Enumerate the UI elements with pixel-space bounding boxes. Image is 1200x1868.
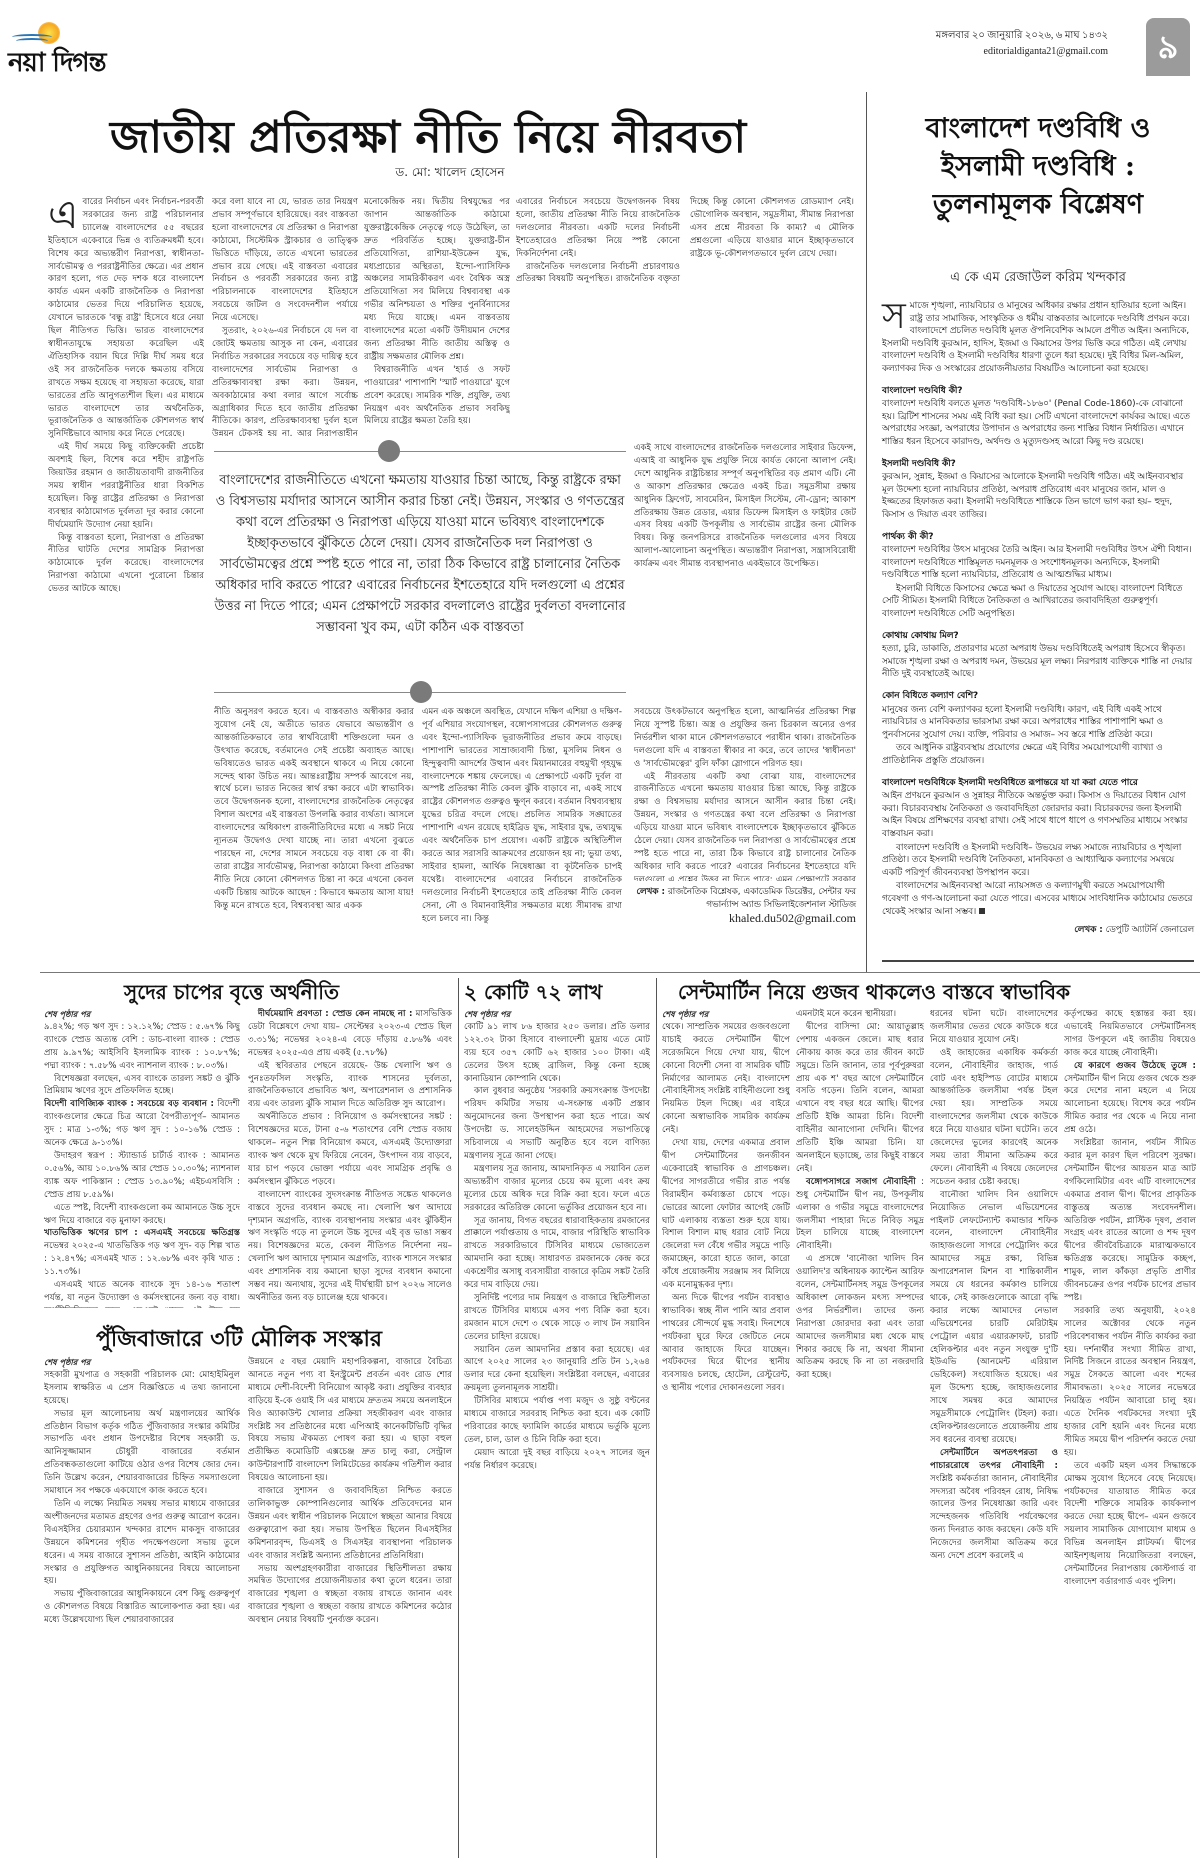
saint-martin-headline[interactable]: সেন্টমার্টিন নিয়ে গুজব থাকলেও বাস্তবে স… [678,978,1070,1011]
paragraph: কর্তৃপক্ষের কাছে হস্তান্তর করা হয়। এভাব… [1064,1008,1196,1060]
section-heading: ইসলামী দণ্ডবিধি কী? [882,458,1194,471]
lead-lower-column-2: এমন এক অঞ্চলে অবস্থিত, যেখানে দক্ষিণ এশি… [422,706,622,951]
section-heading: বাংলাদেশ দণ্ডবিধি কী? [882,385,1194,398]
subheading: বঙ্গোপসাগরে সজাগ নৌবাহিনী [806,1177,916,1187]
paragraph: আইন প্রণয়নে কুরআন ও সুন্নাহর নীতিকে অন্… [882,790,1194,840]
subheading: যে কারণে গুজব উঠেছে তুঙ্গে : [1074,1061,1196,1071]
section-heading: কোথায় কোথায় মিল? [882,630,1194,643]
paragraph: তবে একটি মহল এসব সিদ্ধান্তকে মোক্ষম সুযো… [1064,1460,1196,1589]
lead-column-4b: একই সাথে বাংলাদেশের রাজনৈতিক দলগুলোর সাই… [634,442,856,707]
column-divider [656,978,657,1858]
side-author-note: লেখক : ডেপুটি অ্যাটর্নি জেনারেল [882,924,1194,937]
paragraph: এসএমই খাতে অনেক ব্যাংকে সুদ ১৪-১৬ শতাংশ … [44,1279,240,1308]
paragraph: থেকে। সাম্প্রতিক সময়ের গুজবগুলো যাচাই ক… [662,1021,790,1137]
lead-lower-column-3: সবচেয়ে উৎকটভাবে অনুপস্থিত হলো, আত্মনির্… [634,706,856,881]
paragraph: ওই জাহাজের একাধিক কর্মকর্তা বলেন, নৌবাহি… [930,1047,1058,1189]
paragraph: ইসলামী বিধিতে কিসাসের ক্ষেত্রে ক্ষমা ও দ… [882,583,1194,621]
dropcap: এ [48,198,78,232]
section-divider [40,972,1200,973]
section-heading: কোন বিধিতে কল্যাণ বেশি? [882,690,1194,703]
author-description: রাজনৈতিক বিশ্লেষক, একাডেমিক ডিরেক্টর, সে… [668,887,856,910]
paragraph: বাংলাদেশের আইনব্যবস্থা আরো ন্যায়সঙ্গত ও… [882,881,1192,916]
side-body: সমাজে শৃঙ্খলা, ন্যায়বিচার ও মানুষের অধি… [882,300,1194,938]
paragraph: এতে স্পষ্ট, বিদেশী ব্যাংকগুলো কম আমানতে … [44,1202,240,1228]
continued-label: শেষ পৃষ্ঠার পর [662,1008,790,1021]
interest-column-2: দীর্ঘমেয়াদি প্রবণতা : স্প্রেড কেন নামছে… [248,1008,452,1308]
paragraph: অন্য দিকে দ্বীপের পর্যটন ব্যবস্থাও স্বাভ… [662,1292,790,1395]
paragraph: মনোকেন্দ্রিক নয়। দ্বিতীয় বিশ্বযুদ্ধের … [364,196,510,364]
masthead-meta: মঙ্গলবার ২০ জানুয়ারি ২০২৬, ৬ মাঘ ১৪৩২ e… [936,28,1108,60]
column-divider [866,92,867,972]
paragraph: সবচেয়ে উৎকটভাবে অনুপস্থিত হলো, আত্মনির্… [634,706,856,771]
lead-lower-column-1: নীতি অনুসরণ করতে হবে। এ বাস্তবতাও অস্বীক… [214,706,414,951]
paragraph: সয়াবিন তেল আমদানির প্রস্তাব করা হয়েছে।… [464,1344,650,1396]
paragraph: সুনির্দিষ্ট পণ্যের দাম নিয়ন্ত্রণ ও বাজা… [464,1292,650,1344]
subheading: খাতভিত্তিক ঋণের চাপ : এসএমই সবচেয়ে ক্ষত… [44,1228,240,1238]
capital-market-headline[interactable]: পুঁজিবাজারে ৩টি মৌলিক সংস্কার [96,1322,382,1359]
paragraph: দেখা যায়, দেশের একমাত্র প্রবাল দ্বীপ সে… [662,1137,790,1292]
paragraph: এ প্রসঙ্গে 'বানৌজা খালিদ বিন ওয়ালিদ'র অ… [796,1253,924,1382]
paragraph: বাংলাদেশ দণ্ডবিধি বলতে মূলত 'দণ্ডবিধি-১৮… [882,398,1194,448]
headline-line: বাংলাদেশ দণ্ডবিধি ও [882,110,1194,148]
logo-text: নয়া দিগন্ত [8,42,105,86]
paragraph: সভায় পুঁজিবাজারের আধুনিকায়নে বেশ কিছু … [44,1588,240,1627]
paragraph: বাংলাদেশ দণ্ডবিধির উৎস মানুষের তৈরি আইন।… [882,544,1194,582]
side-byline: এ কে এম রেজাউল করিম খন্দকার [882,268,1194,289]
paragraph: সুতরাং, ২০২৬-এর নির্বাচনে যে দল বা জোটই … [212,325,358,436]
paragraph: সহকারী মুখপাত্র ও সহকারী পরিচালক মো: মোহ… [44,1369,240,1408]
oil-column: শেষ পৃষ্ঠার পর কোটি ৯১ লাখ ৮৬ হাজার ২৫০ … [464,1008,650,1863]
lead-column-2: করে বলা যাবে না যে, ভারত তার নিয়ন্ত্রণ … [212,196,358,436]
paragraph: সরকারি তথ্য অনুযায়ী, ২০২৪ সালের অক্টোবর… [1064,1305,1196,1460]
paragraph: মানুষের জন্য বেশি কল্যাণকর হলো ইসলামী দণ… [882,704,1194,742]
author-email[interactable]: khaled.du502@gmail.com [634,912,856,925]
paragraph: মন্ত্রণালয় সূত্র জানায়, আমদানিকৃত এ সয… [464,1163,650,1215]
section-heading: পার্থক্য কী কী? [882,531,1194,544]
pullquote-dot-icon [378,440,400,462]
headline-line: তুলনামূলক বিশ্লেষণ [882,186,1194,224]
masthead: নয়া দিগন্ত মঙ্গলবার ২০ জানুয়ারি ২০২৬, … [0,0,1200,80]
paragraph: উদাহরণ স্বরূপ : স্ট্যান্ডার্ড চার্টার্ড … [44,1150,240,1202]
paragraph: সংশ্লিষ্ট কর্মকর্তারা জানান, নৌবাহিনীর স… [930,1474,1058,1561]
paragraph: সভার মূল আলোচনায় অর্থ মন্ত্রণালয়ের আর্… [44,1408,240,1498]
paragraph: বাংলাদেশ দণ্ডবিধি ও ইসলামী দণ্ডবিধি– উভয… [882,842,1194,880]
paragraph: তবে আধুনিক রাষ্ট্রব্যবস্থায় প্রয়োগের ক… [882,742,1194,767]
lead-column-3: মনোকেন্দ্রিক নয়। দ্বিতীয় বিশ্বযুদ্ধের … [364,196,510,436]
paragraph: হত্যা, চুরি, ডাকাতি, প্রতারণার মতো অপরাধ… [882,643,1194,681]
paragraph: একই সাথে বাংলাদেশের রাজনৈতিক দলগুলোর সাই… [634,442,856,571]
paragraph: সেন্টমার্টিন দ্বীপ নিয়ে গুজব থেকে শুরু … [1064,1074,1196,1136]
paragraph: বাজারে সুশাসন ও জবাবদিহিতা নিশ্চিত করতে … [248,1485,452,1562]
paragraph: ধরনের ঘটনা ঘটে। বাংলাদেশের জলসীমার ভেতর … [930,1008,1058,1047]
author-label: লেখক : [636,887,665,897]
paragraph: তিনি এ লক্ষ্যে নিয়মিত সমন্বয় সভার মাধ্… [44,1498,240,1588]
paragraph: কিন্তু বাস্তবতা হলো, নিরাপত্তা ও প্রতিরক… [48,532,204,597]
subheading: দীর্ঘমেয়াদি প্রবণতা : স্প্রেড কেন নামছে… [258,1009,412,1019]
subheading: বিদেশী বাণিজ্যিক ব্যাংক : সবচেয়ে বড় ব্… [44,1099,214,1109]
author-label: লেখক : [1074,925,1103,935]
paragraph: বানৌজা খালিদ বিন ওয়ালিদে নিয়োজিত নেভাল… [930,1189,1058,1447]
lead-byline: ড. মো: খালেদ হোসেন [240,164,660,184]
paragraph: কুরআন, সুন্নাহ, ইজমা ও কিয়াসের আলোকে ইস… [882,471,1194,521]
saint-martin-column-4: কর্তৃপক্ষের কাছে হস্তান্তর করা হয়। এভাব… [1064,1008,1196,1863]
lead-author-note: লেখক : রাজনৈতিক বিশ্লেষক, একাডেমিক ডিরেক… [634,886,856,925]
paragraph: বিশেষজ্ঞরা বলছেন, এসব ব্যাংকে তারল্য সঙ্… [44,1073,240,1099]
author-description: ডেপুটি অ্যাটর্নি জেনারেল [1106,925,1194,935]
dropcap: স [882,302,906,332]
column-divider [458,978,459,1858]
interest-headline[interactable]: সুদের চাপের বৃত্তে অর্থনীতি [124,978,339,1011]
side-headline[interactable]: বাংলাদেশ দণ্ডবিধি ও ইসলামী দণ্ডবিধি : তু… [882,110,1194,224]
paragraph: এবারের নির্বাচনে সবচেয়ে উদ্বেগজনক বিষয়… [516,196,680,261]
paragraph: নভেম্বর ২০২৫-এ খাতভিত্তিক গড় ঋণ সুদ- বড… [44,1241,240,1277]
date-line: মঙ্গলবার ২০ জানুয়ারি ২০২৬, ৬ মাঘ ১৪৩২ [936,28,1108,44]
continued-label: শেষ পৃষ্ঠার পর [464,1008,650,1021]
paragraph: : শুধু সেন্টমার্টিন দ্বীপ নয়, উপকূলীয় … [796,1177,924,1252]
editorial-email[interactable]: editorialdiganta21@gmail.com [936,44,1108,60]
paragraph: এই স্থবিরতার পেছনে রয়েছে- উচ্চ খেলাপি ঋ… [248,1060,452,1112]
pullquote-dot-icon [410,681,432,703]
paragraph: সূত্র জানায়, বিগত বছরের ধারাবাহিকতায় র… [464,1215,650,1292]
pullquote-rule-top [214,451,626,452]
interest-column-1: শেষ পৃষ্ঠার পর ৯.৪২%; গড় ঋণ সুদ : ১২.১২… [44,1008,240,1308]
paragraph: মেয়াদ আরো দুই বছর বাড়িয়ে ২০২৭ সালের জ… [464,1447,650,1473]
paragraph: ৯.৪২%; গড় ঋণ সুদ : ১২.১২%; স্প্রেড : ৫.… [44,1021,240,1073]
saint-martin-column-2: এমনটাই মনে করেন স্থানীয়রা। দ্বীপের বাসি… [796,1008,924,1863]
paragraph: সভায় অংশগ্রহণকারীরা বাজারের স্থিতিশীলতা… [248,1563,452,1628]
lead-column-4a: এবারের নির্বাচনে সবচেয়ে উদ্বেগজনক বিষয়… [516,196,854,436]
paragraph: নীতি অনুসরণ করতে হবে। এ বাস্তবতাও অস্বীক… [214,706,414,913]
paragraph: এমনটাই মনে করেন স্থানীয়রা। [796,1008,924,1021]
paragraph: এই নীরবতায় একটি কথা বোঝা যায়, বাংলাদেশ… [634,771,856,881]
continued-label: শেষ পৃষ্ঠার পর [44,1008,240,1021]
paragraph: অর্থনীতিতে প্রভাব : বিনিয়োগ ও কর্মসংস্থ… [248,1111,452,1188]
headline-line: ইসলামী দণ্ডবিধি : [882,148,1194,186]
intro-paragraph: মাজে শৃঙ্খলা, ন্যায়বিচার ও মানুষের অধিক… [882,301,1190,374]
saint-martin-column-1: শেষ পৃষ্ঠার পর থেকে। সাম্প্রতিক সময়ের গ… [662,1008,790,1863]
capital-market-column-1: শেষ পৃষ্ঠার পর সহকারী মুখপাত্র ও সহকারী … [44,1356,240,1861]
lead-column-1: এ বারের নির্বাচন এবং নির্বাচন-পরবর্তী সর… [48,196,204,946]
side-article-bottom-rule [882,960,1194,962]
paragraph: এই দীর্ঘ সময়ে কিছু ব্যক্তিকেন্দ্রী প্রচ… [48,441,204,531]
newspaper-logo[interactable]: নয়া দিগন্ত [8,18,108,74]
end-mark-icon [979,908,985,914]
paragraph: বিশ্বরাজনীতি এখন 'হার্ড ও সফট পাওয়ারের'… [364,364,510,429]
paragraph: সংশ্লিষ্টরা জানান, পর্যটন সীমিত করার মূল… [1064,1137,1196,1305]
paragraph: টিসিবির মাধ্যমে পর্যাপ্ত পণ্য মজুদ ও সুষ… [464,1395,650,1447]
oil-headline[interactable]: ২ কোটি ৭২ লাখ [464,978,602,1011]
page-number-tab: ৯ [1146,18,1190,76]
paragraph: এমন এক অঞ্চলে অবস্থিত, যেখানে দক্ষিণ এশি… [422,706,622,925]
paragraph: করে বলা যাবে না যে, ভারত তার নিয়ন্ত্রণ … [212,196,358,325]
pullquote: বাংলাদেশের রাজনীতিতে এখনো ক্ষমতায় যাওয়… [214,470,626,638]
continued-label: শেষ পৃষ্ঠার পর [44,1356,240,1369]
paragraph: বাংলাদেশ ব্যাংকের সুদসংক্রান্ত নীতিগত সঙ… [248,1189,452,1305]
paragraph: দ্বীপের বাসিন্দা মো: আয়াতুল্লাহ পেশায় … [796,1021,924,1176]
saint-martin-column-3: ধরনের ঘটনা ঘটে। বাংলাদেশের জলসীমার ভেতর … [930,1008,1058,1863]
paragraph: কাল বুধবার অনুষ্ঠেয় 'সরকারি ক্রয়সংক্রা… [464,1085,650,1162]
paragraph: উন্নয়নে ৫ বছর মেয়াদি মহাপরিকল্পনা, বাজ… [248,1356,452,1485]
subheading: সেন্টমার্টিনে অপতৎপরতা ও পাচাররোধে তৎপর … [930,1448,1058,1471]
paragraph: কোটি ৯১ লাখ ৮৬ হাজার ২৫০ ডলার। প্রতি ডলা… [464,1021,650,1086]
section-heading: বাংলাদেশ দণ্ডবিধিকে ইসলামী দণ্ডবিধিতে রূ… [882,777,1194,790]
capital-market-column-2: উন্নয়নে ৫ বছর মেয়াদি মহাপরিকল্পনা, বাজ… [248,1356,452,1861]
